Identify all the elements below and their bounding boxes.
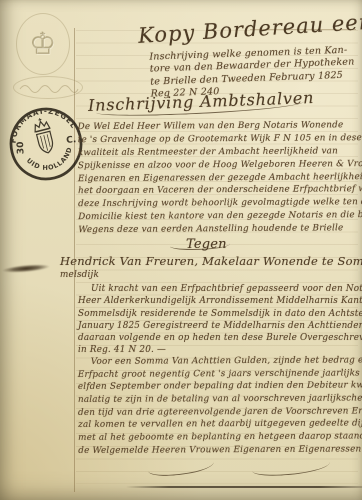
embossed-oval-stamp: [13, 76, 83, 99]
bottom-flourish: [252, 456, 331, 477]
emboss-squiggle: [14, 77, 82, 98]
document-title: Kopy Bordereau eener: [138, 8, 362, 48]
handwritten-line: Sommelsdijk residerende te Sommelsdijk i…: [78, 309, 362, 321]
debtor-name-line: Hendrick Van Freuren, Makelaar Wonende t…: [60, 254, 362, 268]
paper-crease: [126, 486, 362, 488]
embossed-crown-stamp: ♔: [16, 13, 70, 75]
paragraph-creditor: De Wel Edel Heer Willem van den Berg Not…: [78, 120, 362, 238]
handwritten-line: Wegens deze van eerden Aanstelling houde…: [78, 223, 362, 238]
handwritten-line: daaraan volgende en op heden ten dese Bu…: [78, 333, 362, 345]
handwritten-line: Uit kracht van een Erfpachtbrief gepasse…: [78, 284, 362, 296]
handwritten-line: Heer Alderkerkundigelijk Arrondissement …: [78, 296, 362, 308]
stamp-value-c: C.: [66, 135, 77, 146]
ink-smear: [2, 263, 50, 274]
handwritten-line: January 1825 Geregistreerd te Middelharn…: [78, 321, 362, 333]
paragraph-sum-and-conditions: Voor een Somma Van Achttien Gulden, zijn…: [78, 355, 362, 458]
bottom-flourish: [147, 456, 214, 478]
debtor-name-continuation: melsdijk: [60, 270, 99, 280]
stamp-value-30: 30: [16, 141, 26, 154]
crowned-shield-emblem: [32, 116, 55, 154]
crown-icon: ♔: [30, 27, 57, 62]
paragraph-deed-reference: Uit kracht van een Erfpachtbrief gepasse…: [78, 284, 362, 358]
scanned-document-page: ♔ FORMAAT-ZEGEL ZUID HOLLAND. 30 C.: [0, 0, 362, 500]
